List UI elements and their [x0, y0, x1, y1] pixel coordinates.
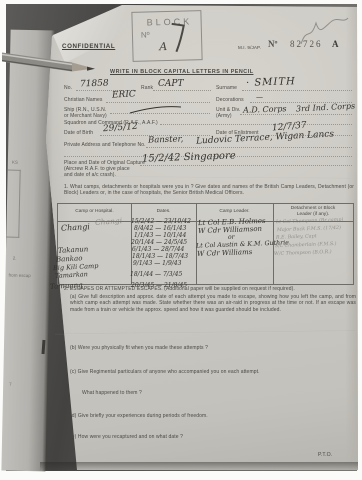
- scanned-document-photo: KS 2. from escap 7 BLOCK Nº A CONFIDENTI…: [0, 0, 362, 480]
- question-2d: (d) Give briefly your experiences during…: [70, 413, 208, 419]
- camp-name-pencil: Changi: [95, 216, 123, 227]
- table-header-camp: Camp or Hospital.: [58, 209, 131, 215]
- serial-number: 82726: [290, 39, 323, 49]
- question-2a: (a) Give full description and approx. da…: [70, 294, 356, 313]
- christian-names-label: Christian Names: [64, 97, 102, 103]
- camp-dates: 1/1/43 — 10/1/44: [134, 232, 186, 239]
- camp-dates: 18/1/44 — 7/3/45: [130, 271, 182, 278]
- confidential-stamp: CONFIDENTIAL: [62, 43, 115, 51]
- field-line: [146, 147, 352, 148]
- block-number-stamp: BLOCK Nº A: [131, 10, 202, 62]
- question-2c2: What happened to them ?: [82, 390, 142, 396]
- camp-dates: 18/1/43 — 18/7/43: [132, 253, 188, 260]
- surname-label: Surname: [216, 85, 237, 91]
- camp-dates: 15/2/42 — 23/10/42: [131, 218, 191, 225]
- field-line: [110, 113, 210, 114]
- under-page-fragment: KS: [12, 160, 18, 165]
- under-page-fragment: 7: [9, 382, 12, 387]
- under-page-box-fragment: [6, 170, 20, 238]
- capture-label3: and date of a/c crash).: [64, 172, 116, 178]
- block-stamp-no: Nº: [141, 30, 150, 39]
- decorations-value: —: [256, 93, 263, 101]
- decorations-label: Decorations: [216, 97, 244, 103]
- under-page-fragment: from escap: [8, 273, 48, 279]
- camp-dates: 8/4/42 — 16/1/43: [134, 225, 186, 232]
- under-page-fragment: 2.: [13, 256, 17, 261]
- rank-value: CAPT: [158, 79, 183, 89]
- surname-value: · SMITH: [246, 76, 296, 89]
- field-line: [242, 90, 352, 91]
- question-2e: (e) How were you recaptured and on what …: [70, 434, 183, 440]
- no-label: No.: [64, 85, 72, 91]
- field-line: [106, 102, 210, 103]
- camp-dates: 6/1/43 — 28/7/44: [132, 246, 184, 253]
- table-header-dates: Dates.: [131, 209, 196, 215]
- christian-names-value: ERIC: [112, 89, 136, 100]
- rank-label: Rank: [141, 85, 153, 91]
- table-header-leader: Camp Leader.: [196, 209, 273, 215]
- field-line: [153, 90, 211, 91]
- question-1: 1. What camps, detachments or hospitals …: [64, 184, 354, 197]
- pto-note: P.T.O.: [318, 452, 332, 459]
- field-line: [160, 124, 352, 125]
- field-line: [140, 165, 352, 166]
- serial-series: A: [332, 39, 339, 49]
- camp-name: Changi: [61, 222, 90, 232]
- camp-dates: 20/1/44 — 24/5/45: [131, 239, 187, 246]
- camp-name: Tamarkan: [55, 270, 88, 280]
- unit-div-label2: (Army): [216, 113, 232, 119]
- handwritten-block-letter: A: [159, 40, 167, 53]
- field-line: [240, 114, 352, 115]
- form-title: WRITE IN BLOCK CAPITAL LETTERS IN PENCIL: [110, 69, 253, 76]
- form-reference: M.I. 9/JAP.: [238, 45, 261, 51]
- no-value: 71858: [80, 79, 109, 90]
- table-header-block-leader: Detachment or Block: [273, 206, 353, 212]
- serial-no-label: Nº: [268, 39, 277, 49]
- dob-label: Date of Birth: [64, 130, 93, 136]
- camp-name: Takanun: [58, 245, 89, 255]
- handwritten-block-number: [169, 19, 190, 56]
- underlying-page: KS 2. from escap 7: [1, 30, 54, 472]
- page-bottom-shadow: [40, 462, 358, 471]
- question-2b: (b) Were you physically fit when you mad…: [70, 345, 208, 351]
- pencil-object: [2, 50, 102, 80]
- address-label: Private Address and Telephone No.: [64, 142, 146, 148]
- address-value: Banster,: [148, 134, 184, 145]
- camp-leader: or: [228, 234, 234, 241]
- question-2-heading: 2. ESCAPES OR ATTEMPTED ESCAPES. (Additi…: [64, 286, 356, 292]
- camp-dates: 9/1/43 — 1/9/43: [133, 260, 181, 267]
- question-2c: (c) Give Regimental particulars of anyon…: [70, 369, 260, 375]
